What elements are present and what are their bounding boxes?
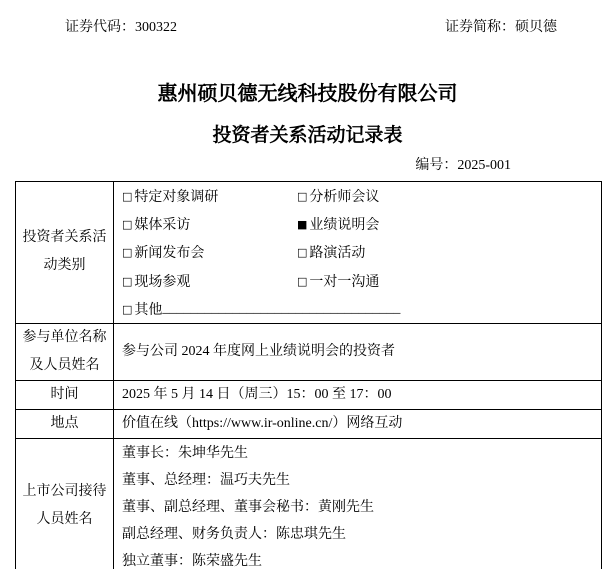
option-special-object-research: □ 特定对象调研 — [122, 186, 297, 206]
table-row-reception: 上市公司接待 人员姓名 董事长：朱坤华先生 董事、总经理：温巧夫先生 董事、副总… — [16, 438, 602, 569]
row-label-line: 上市公司接待 — [20, 478, 109, 506]
reception-list: 董事长：朱坤华先生 董事、总经理：温巧夫先生 董事、副总经理、董事会秘书：黄刚先… — [114, 438, 602, 569]
checkbox-label: 现场参观 — [134, 271, 190, 291]
activity-option-row: □ 其他 __________________________________ — [122, 295, 595, 323]
row-label-location: 地点 — [16, 409, 114, 438]
stock-code-label: 证券代码： — [65, 20, 135, 35]
option-analyst-meeting: □ 分析师会议 — [297, 186, 379, 206]
checkbox-label: 特定对象调研 — [134, 186, 218, 206]
reception-person: 董事、副总经理、董事会秘书：黄刚先生 — [122, 493, 595, 520]
option-other: □ 其他 — [122, 299, 162, 319]
activity-option-row: □ 特定对象调研 □ 分析师会议 — [122, 182, 595, 210]
checkbox-label: 一对一沟通 — [309, 271, 379, 291]
stock-code-value: 300322 — [135, 20, 177, 35]
company-name-title: 惠州硕贝德无线科技股份有限公司 — [0, 82, 615, 106]
table-row-activity-type: 投资者关系活 动类别 □ 特定对象调研 □ 分析师会议 □ 媒体采访 — [16, 182, 602, 324]
activity-option-row: □ 媒体采访 ■ 业绩说明会 — [122, 210, 595, 238]
checkbox-unchecked-icon: □ — [122, 276, 132, 287]
stock-code: 证券代码：300322 — [65, 19, 177, 37]
row-label-line: 及人员姓名 — [20, 352, 109, 380]
row-label-line: 动类别 — [20, 252, 109, 280]
row-label-participants: 参与单位名称 及人员姓名 — [16, 323, 114, 380]
reception-person: 董事、总经理：温巧夫先生 — [122, 466, 595, 493]
checkbox-unchecked-icon: □ — [122, 304, 132, 315]
reception-person: 董事长：朱坤华先生 — [122, 439, 595, 466]
row-label-time: 时间 — [16, 380, 114, 409]
row-label-reception: 上市公司接待 人员姓名 — [16, 438, 114, 569]
option-earnings-briefing: ■ 业绩说明会 — [297, 214, 379, 234]
checkbox-label: 分析师会议 — [309, 186, 379, 206]
activity-option-row: □ 新闻发布会 □ 路演活动 — [122, 238, 595, 266]
document-header: 证券代码：300322 证券简称：硕贝德 — [65, 19, 557, 37]
checkbox-label: 业绩说明会 — [309, 214, 379, 234]
table-row-participants: 参与单位名称 及人员姓名 参与公司 2024 年度网上业绩说明会的投资者 — [16, 323, 602, 380]
checkbox-label: 新闻发布会 — [134, 242, 204, 262]
option-one-on-one: □ 一对一沟通 — [297, 271, 379, 291]
table-row-time: 时间 2025 年 5 月 14 日（周三）15：00 至 17：00 — [16, 380, 602, 409]
option-site-visit: □ 现场参观 — [122, 271, 297, 291]
activity-option-row: □ 现场参观 □ 一对一沟通 — [122, 267, 595, 295]
form-title: 投资者关系活动记录表 — [0, 124, 615, 147]
stock-abbr-value: 硕贝德 — [515, 20, 557, 35]
checkbox-unchecked-icon: □ — [122, 191, 132, 202]
row-label-line: 投资者关系活 — [20, 224, 109, 252]
location-value: 价值在线（https://www.ir-online.cn/）网络互动 — [114, 409, 602, 438]
fill-in-blank-line: __________________________________ — [162, 301, 400, 317]
row-label-activity-type: 投资者关系活 动类别 — [16, 182, 114, 324]
option-roadshow: □ 路演活动 — [297, 242, 365, 262]
checkbox-label: 媒体采访 — [134, 214, 190, 234]
document-number-value: 2025-001 — [457, 158, 511, 173]
participants-value: 参与公司 2024 年度网上业绩说明会的投资者 — [114, 323, 602, 380]
row-label-line: 人员姓名 — [20, 506, 109, 534]
activity-options-cell: □ 特定对象调研 □ 分析师会议 □ 媒体采访 ■ 业绩说明会 — [114, 182, 602, 324]
document-number-label: 编号： — [415, 158, 457, 173]
table-row-location: 地点 价值在线（https://www.ir-online.cn/）网络互动 — [16, 409, 602, 438]
checkbox-label: 路演活动 — [309, 242, 365, 262]
row-label-line: 参与单位名称 — [20, 324, 109, 352]
checkbox-checked-icon: ■ — [297, 219, 307, 230]
checkbox-unchecked-icon: □ — [122, 219, 132, 230]
stock-abbr: 证券简称：硕贝德 — [445, 19, 557, 37]
checkbox-unchecked-icon: □ — [297, 191, 307, 202]
reception-person: 副总经理、财务负责人：陈忠琪先生 — [122, 519, 595, 546]
checkbox-unchecked-icon: □ — [122, 247, 132, 258]
reception-person: 独立董事：陈荣盛先生 — [122, 546, 595, 569]
option-media-interview: □ 媒体采访 — [122, 214, 297, 234]
stock-abbr-label: 证券简称： — [445, 20, 515, 35]
checkbox-unchecked-icon: □ — [297, 247, 307, 258]
option-press-conference: □ 新闻发布会 — [122, 242, 297, 262]
checkbox-unchecked-icon: □ — [297, 276, 307, 287]
time-value: 2025 年 5 月 14 日（周三）15：00 至 17：00 — [114, 380, 602, 409]
document-number: 编号：2025-001 — [415, 157, 511, 175]
checkbox-label: 其他 — [134, 299, 162, 319]
record-table: 投资者关系活 动类别 □ 特定对象调研 □ 分析师会议 □ 媒体采访 — [15, 181, 602, 569]
